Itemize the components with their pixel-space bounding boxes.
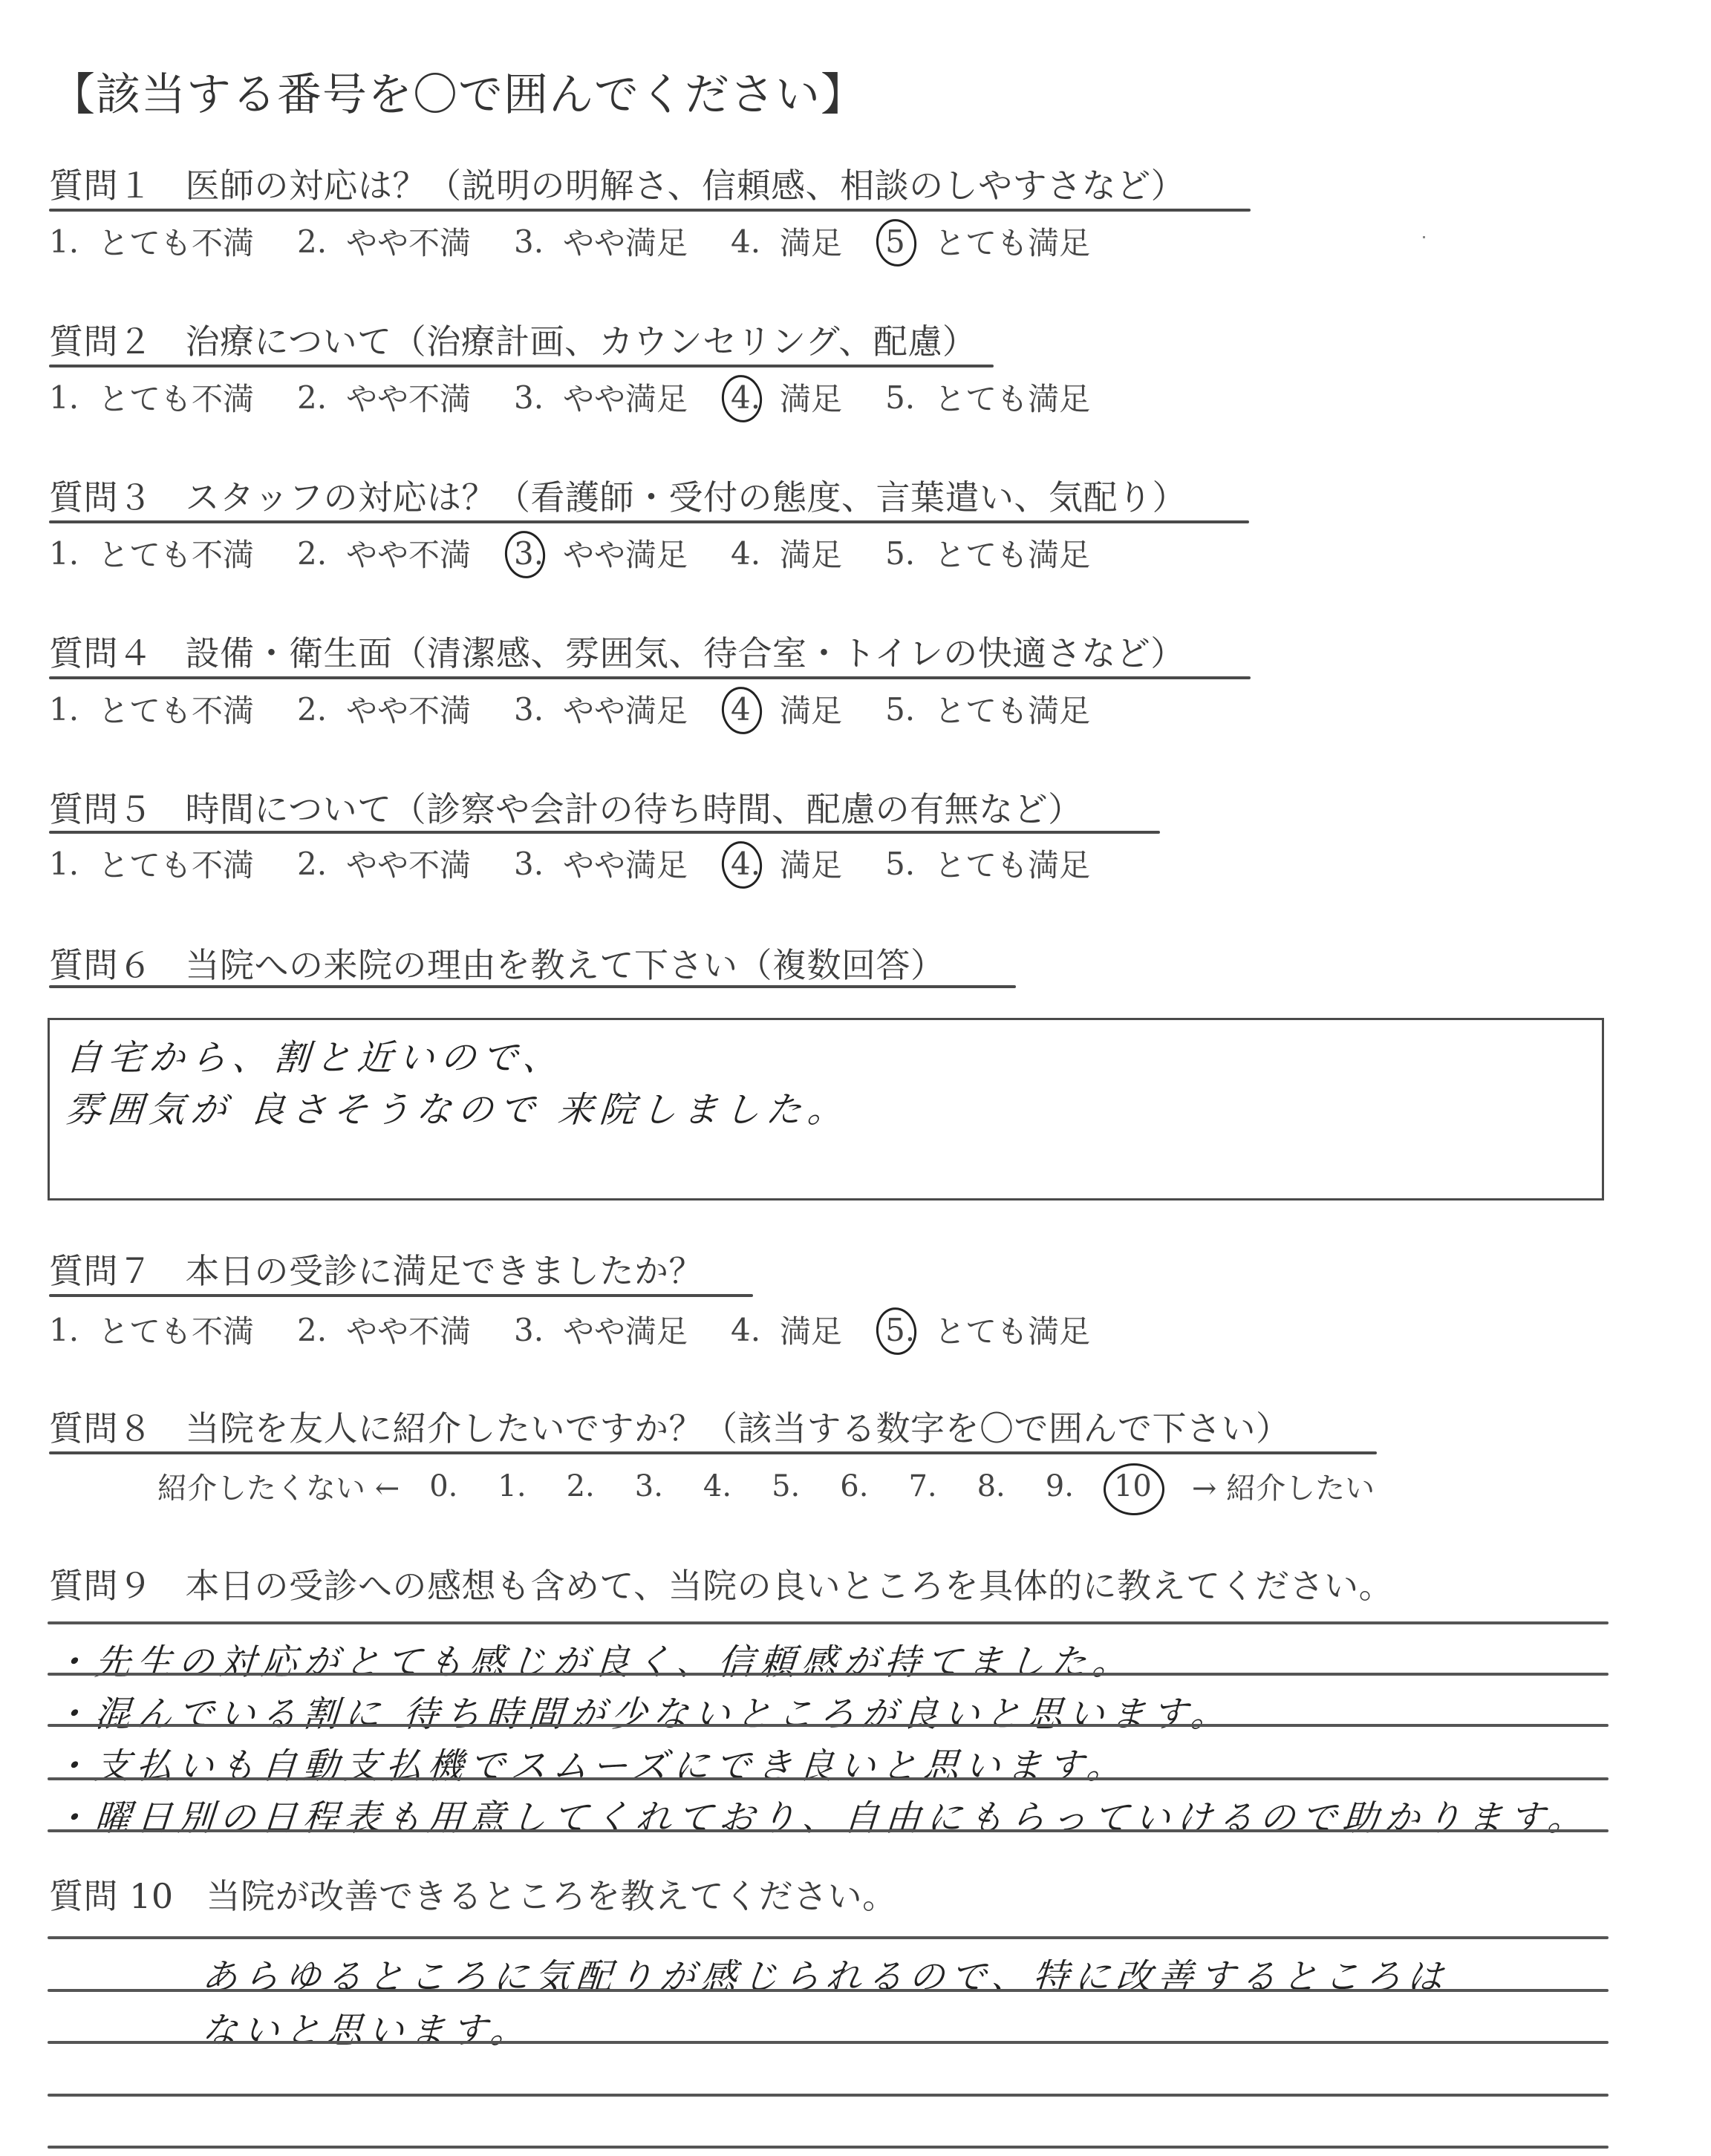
q9-answer-line-3[interactable]: ・支払いも自動支払機でスムーズにでき良いと思います。 <box>52 1737 1130 1788</box>
q7-option-3[interactable]: 3.やや満足 <box>514 1307 688 1352</box>
q3-option-4[interactable]: 4.満足 <box>731 531 842 575</box>
q8-scale-5[interactable]: 5. <box>772 1469 800 1503</box>
q10-rule-5 <box>48 2146 1609 2149</box>
q2-option-4-circled[interactable]: 4.満足 <box>731 375 842 419</box>
q9-rule-1 <box>48 1621 1609 1624</box>
q3-option-2[interactable]: 2.やや不満 <box>297 531 471 575</box>
q8-scale-3[interactable]: 3. <box>635 1469 663 1503</box>
q9-text: 本日の受診への感想も含めて、当院の良いところを具体的に教えてください。 <box>186 1566 1394 1606</box>
q1-number: 質問１ <box>49 166 153 206</box>
q8-scale-4[interactable]: 4. <box>703 1469 731 1503</box>
q7-number: 質問７ <box>49 1251 153 1291</box>
scan-speck <box>1423 236 1425 238</box>
q4-option-3[interactable]: 3.やや満足 <box>514 687 688 731</box>
q8-scale-8[interactable]: 8. <box>977 1469 1006 1503</box>
q9-rule-2 <box>48 1673 1609 1676</box>
q5-heading: 質問５時間について（診察や会計の待ち時間、配慮の有無など） <box>49 783 1083 832</box>
q10-answer-line-2[interactable]: ないと思います。 <box>201 2002 534 2053</box>
q2-underline <box>49 365 994 367</box>
q7-option-4[interactable]: 4.満足 <box>731 1307 842 1352</box>
q9-rule-3 <box>48 1724 1609 1727</box>
q3-options: 1.とても不満 2.やや不満 3.やや満足 4.満足 5.とても満足 <box>49 531 1133 575</box>
q8-right-label: → 紹介したい <box>1192 1465 1375 1507</box>
q10-number: 質問 10 <box>49 1876 174 1916</box>
q2-number: 質問２ <box>49 321 153 362</box>
q4-option-5[interactable]: 5.とても満足 <box>885 687 1090 731</box>
q9-answer-line-1[interactable]: ・先生の対応がとても感じが良く、信頼感が持てました。 <box>52 1633 1136 1685</box>
q7-underline <box>49 1294 753 1297</box>
q8-heading: 質問８当院を友人に紹介したいですか？（該当する数字を〇で囲んで下さい） <box>49 1402 1291 1451</box>
q8-scale-7[interactable]: 7. <box>908 1469 936 1503</box>
q5-option-5[interactable]: 5.とても満足 <box>885 841 1090 886</box>
q10-heading: 質問 10当院が改善できるところを教えてください。 <box>49 1869 897 1918</box>
q7-option-5-circled[interactable]: 5.とても満足 <box>885 1307 1090 1352</box>
q3-number: 質問３ <box>49 477 153 517</box>
q9-rule-4 <box>48 1777 1609 1780</box>
q9-answer-line-2[interactable]: ・混んでいる割に 待ち時間が少ないところが良いと思います。 <box>52 1685 1234 1737</box>
q1-text: 医師の対応は？（説明の明解さ、信頼感、相談のしやすさなど） <box>186 166 1186 206</box>
q5-option-3[interactable]: 3.やや満足 <box>514 841 688 886</box>
q2-text: 治療について（治療計画、カウンセリング、配慮） <box>186 321 977 362</box>
q5-option-1[interactable]: 1.とても不満 <box>49 841 254 886</box>
q4-option-2[interactable]: 2.やや不満 <box>297 687 471 731</box>
q5-text: 時間について（診察や会計の待ち時間、配慮の有無など） <box>186 789 1083 829</box>
q1-option-2[interactable]: 2.やや不満 <box>297 219 471 264</box>
q1-option-5-circled[interactable]: 5とても満足 <box>885 219 1090 264</box>
q2-option-1[interactable]: 1.とても不満 <box>49 375 254 419</box>
q6-answer-line-2: 雰囲気が 良さそうなので 来院しました。 <box>65 1081 851 1132</box>
q7-heading: 質問７本日の受診に満足できましたか？ <box>49 1244 703 1293</box>
q5-underline <box>49 831 1160 834</box>
q3-heading: 質問３スタッフの対応は？（看護師・受付の態度、言葉遣い、気配り） <box>49 471 1187 520</box>
q8-scale-1[interactable]: 1. <box>498 1469 526 1503</box>
q3-option-1[interactable]: 1.とても不満 <box>49 531 254 575</box>
q10-rule-3 <box>48 2041 1609 2044</box>
q3-option-3-circled[interactable]: 3.やや満足 <box>514 531 688 575</box>
q5-options: 1.とても不満 2.やや不満 3.やや満足 4.満足 5.とても満足 <box>49 841 1133 886</box>
q5-option-2[interactable]: 2.やや不満 <box>297 841 471 886</box>
q10-rule-4 <box>48 2094 1609 2097</box>
q10-rule-2 <box>48 1989 1609 1992</box>
q7-option-1[interactable]: 1.とても不満 <box>49 1307 254 1352</box>
q1-option-3[interactable]: 3.やや満足 <box>514 219 688 264</box>
q4-options: 1.とても不満 2.やや不満 3.やや満足 4満足 5.とても満足 <box>49 687 1133 731</box>
q2-option-3[interactable]: 3.やや満足 <box>514 375 688 419</box>
q2-option-5[interactable]: 5.とても満足 <box>885 375 1090 419</box>
q10-text: 当院が改善できるところを教えてください。 <box>206 1876 897 1916</box>
q4-text: 設備・衛生面（清潔感、雰囲気、待合室・トイレの快適さなど） <box>186 633 1185 673</box>
q1-option-1[interactable]: 1.とても不満 <box>49 219 254 264</box>
q8-scale-9[interactable]: 9. <box>1046 1469 1074 1503</box>
q6-underline <box>49 985 1016 988</box>
q9-heading: 質問９本日の受診への感想も含めて、当院の良いところを具体的に教えてください。 <box>49 1559 1393 1608</box>
q3-underline <box>49 520 1249 523</box>
q4-heading: 質問４設備・衛生面（清潔感、雰囲気、待合室・トイレの快適さなど） <box>49 627 1185 676</box>
q8-scale-6[interactable]: 6. <box>840 1469 868 1503</box>
q1-underline <box>49 209 1251 212</box>
q1-options: 1.とても不満 2.やや不満 3.やや満足 4.満足 5とても満足 <box>49 219 1133 264</box>
q8-scale: 紹介したくない ← 0. 1. 2. 3. 4. 5. 6. 7. 8. 9. … <box>157 1465 1415 1507</box>
q8-left-label: 紹介したくない ← <box>157 1465 400 1507</box>
q6-heading: 質問６当院への来院の理由を教えて下さい（複数回答） <box>49 938 945 987</box>
q7-option-2[interactable]: 2.やや不満 <box>297 1307 471 1352</box>
q2-option-2[interactable]: 2.やや不満 <box>297 375 471 419</box>
q1-option-4[interactable]: 4.満足 <box>731 219 842 264</box>
q5-option-4-circled[interactable]: 4.満足 <box>731 841 842 886</box>
q8-text: 当院を友人に紹介したいですか？（該当する数字を〇で囲んで下さい） <box>186 1408 1291 1448</box>
q2-heading: 質問２治療について（治療計画、カウンセリング、配慮） <box>49 315 977 364</box>
page-title: 【該当する番号を〇で囲んでください】 <box>50 59 866 123</box>
q8-number: 質問８ <box>49 1408 153 1448</box>
q6-number: 質問６ <box>49 945 153 985</box>
q8-scale-2[interactable]: 2. <box>567 1469 595 1503</box>
q8-underline <box>49 1451 1377 1454</box>
q9-number: 質問９ <box>49 1566 153 1606</box>
q4-number: 質問４ <box>49 633 153 673</box>
q10-rule-1 <box>48 1936 1609 1939</box>
q6-answer-line-1: 自宅から、割と近いので、 <box>65 1029 567 1080</box>
q7-options: 1.とても不満 2.やや不満 3.やや満足 4.満足 5.とても満足 <box>49 1307 1133 1352</box>
q9-answer-line-4[interactable]: ・曜日別の日程表も用意してくれており、自由にもらっていけるので助かります。 <box>52 1789 1591 1840</box>
q4-underline <box>49 676 1251 679</box>
q7-text: 本日の受診に満足できましたか？ <box>186 1251 704 1291</box>
q3-text: スタッフの対応は？（看護師・受付の態度、言葉遣い、気配り） <box>186 477 1187 517</box>
q4-option-1[interactable]: 1.とても不満 <box>49 687 254 731</box>
q6-answer-box[interactable]: 自宅から、割と近いので、 雰囲気が 良さそうなので 来院しました。 <box>48 1018 1604 1200</box>
q8-scale-10-circled[interactable]: 10 <box>1114 1469 1152 1503</box>
q9-rule-5 <box>48 1829 1609 1832</box>
q4-option-4-circled[interactable]: 4満足 <box>731 687 842 731</box>
q2-options: 1.とても不満 2.やや不満 3.やや満足 4.満足 5.とても満足 <box>49 375 1133 419</box>
q3-option-5[interactable]: 5.とても満足 <box>885 531 1090 575</box>
q8-scale-0[interactable]: 0. <box>429 1469 457 1503</box>
q6-text: 当院への来院の理由を教えて下さい（複数回答） <box>186 945 945 985</box>
q5-number: 質問５ <box>49 789 153 829</box>
q1-heading: 質問１医師の対応は？（説明の明解さ、信頼感、相談のしやすさなど） <box>49 159 1185 208</box>
